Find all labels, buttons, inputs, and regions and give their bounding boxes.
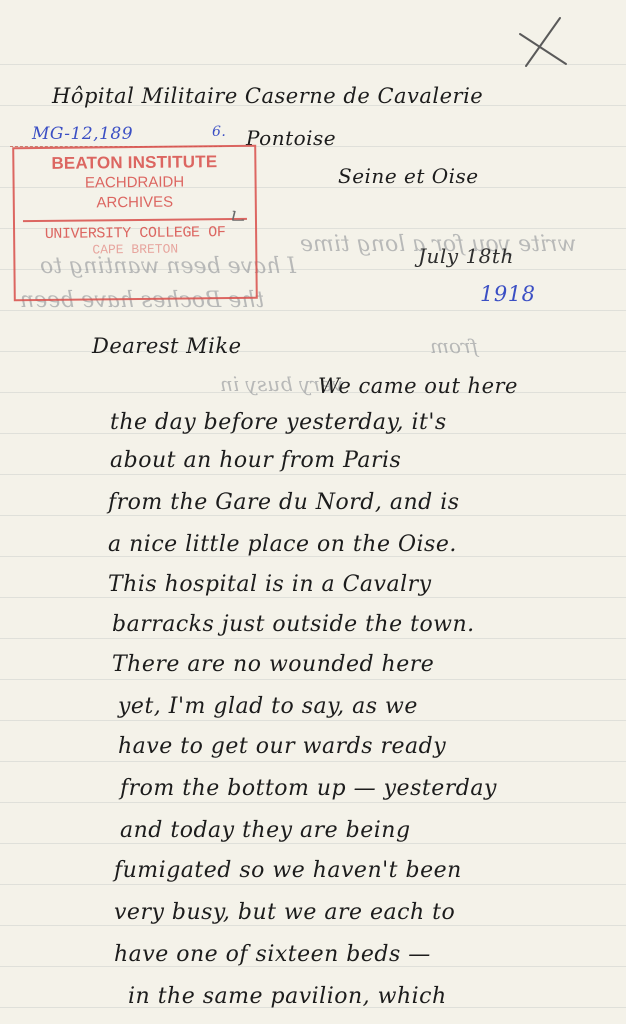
archive-item-number: 6.	[212, 124, 226, 140]
salutation: Dearest Mike	[92, 334, 242, 358]
body-line: fumigated so we haven't been	[114, 858, 462, 883]
stamp-location: CAPE BRETON	[15, 241, 255, 259]
body-line: barracks just outside the town.	[112, 612, 475, 637]
body-line: about an hour from Paris	[110, 448, 401, 473]
bleed-through-text: from	[430, 334, 478, 358]
archive-stamp: BEATON INSTITUTE EACHDRAIDH ARCHIVES UNI…	[12, 145, 258, 302]
body-line: from the bottom up — yesterday	[120, 776, 497, 801]
header-department: Seine et Oise	[338, 164, 479, 188]
body-line: the day before yesterday, it's	[110, 410, 447, 435]
body-line: yet, I'm glad to say, as we	[118, 694, 418, 719]
body-line: We came out here	[318, 374, 518, 398]
stamp-divider	[23, 218, 247, 222]
archive-reference: MG-12,189	[32, 124, 133, 144]
header-hospital-name: Hôpital Militaire Caserne de Cavalerie	[52, 84, 483, 108]
body-line: in the same pavilion, which	[128, 984, 447, 1009]
body-line: and today they are being	[120, 818, 411, 843]
header-date: July 18th	[418, 244, 514, 268]
stamp-subtitle-archives: ARCHIVES	[15, 192, 255, 215]
body-line: have to get our wards ready	[118, 734, 446, 759]
pencil-mark: ㄴ	[226, 200, 248, 231]
year-annotation: 1918	[480, 282, 535, 306]
stamp-subtitle-gaelic: EACHDRAIDH	[14, 172, 254, 195]
stamp-title: BEATON INSTITUTE	[14, 152, 254, 175]
body-line: This hospital is in a Cavalry	[108, 572, 432, 597]
body-line: There are no wounded here	[112, 652, 434, 677]
body-line: a nice little place on the Oise.	[108, 532, 457, 557]
letter-page: write you for a long time I have been wa…	[0, 0, 626, 1024]
body-line: from the Gare du Nord, and is	[108, 490, 460, 515]
header-town: Pontoise	[246, 126, 336, 150]
x-mark-icon	[518, 14, 574, 70]
body-line: very busy, but we are each to	[114, 900, 455, 925]
body-line: have one of sixteen beds —	[114, 942, 431, 967]
